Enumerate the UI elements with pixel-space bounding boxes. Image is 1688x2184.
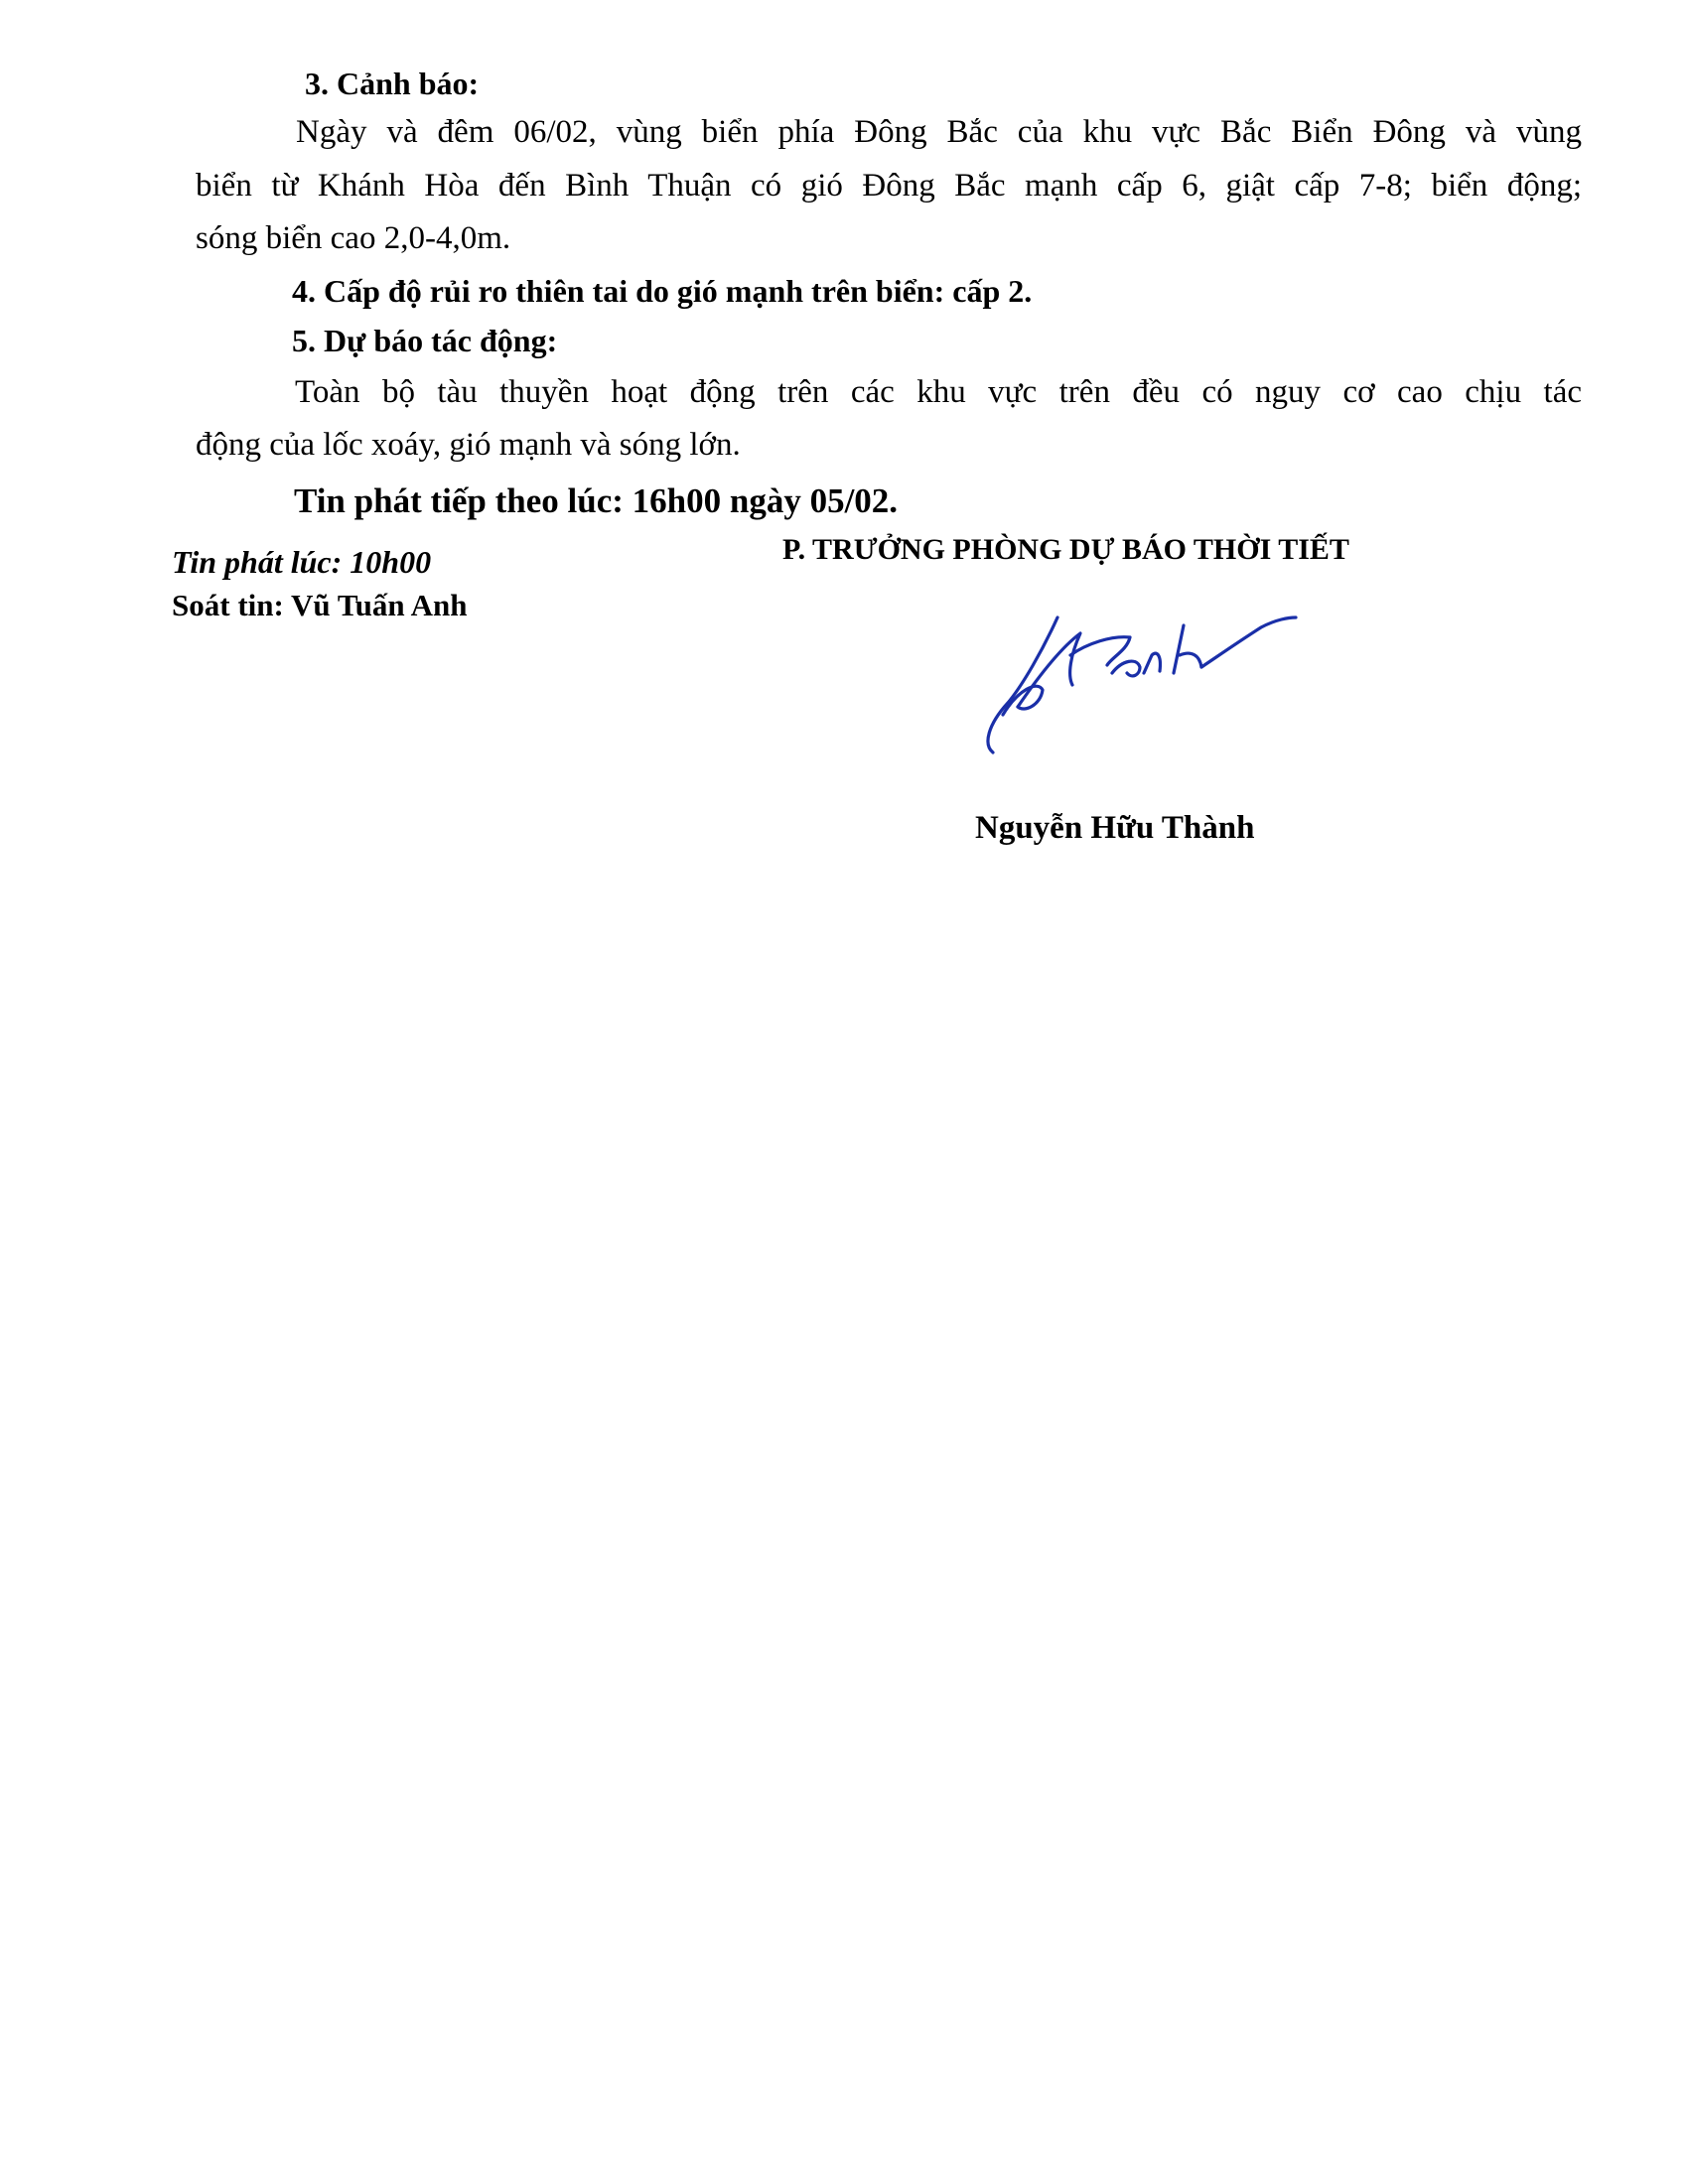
- reviewer: Soát tin: Vũ Tuấn Anh: [172, 590, 468, 620]
- section-4-heading: 4. Cấp độ rủi ro thiên tai do gió mạnh t…: [292, 275, 1032, 307]
- section-5-paragraph-line-1: Toàn bộ tàu thuyền hoạt động trên các kh…: [295, 376, 1582, 409]
- section-5-heading: 5. Dự báo tác động:: [292, 325, 557, 356]
- signature-icon: [963, 596, 1301, 764]
- signer-title: P. TRƯỞNG PHÒNG DỰ BÁO THỜI TIẾT: [782, 535, 1349, 565]
- section-5-paragraph-line-2: động của lốc xoáy, gió mạnh và sóng lớn.: [196, 429, 741, 462]
- section-3-paragraph-line-2: biển từ Khánh Hòa đến Bình Thuận có gió …: [196, 170, 1582, 203]
- section-3-paragraph-line-1: Ngày và đêm 06/02, vùng biển phía Đông B…: [296, 116, 1582, 149]
- issued-time: Tin phát lúc: 10h00: [172, 546, 431, 578]
- section-3-heading: 3. Cảnh báo:: [305, 68, 479, 99]
- signer-name: Nguyễn Hữu Thành: [975, 812, 1254, 845]
- next-bulletin-notice: Tin phát tiếp theo lúc: 16h00 ngày 05/02…: [294, 483, 898, 518]
- section-3-paragraph-line-3: sóng biển cao 2,0-4,0m.: [196, 222, 510, 255]
